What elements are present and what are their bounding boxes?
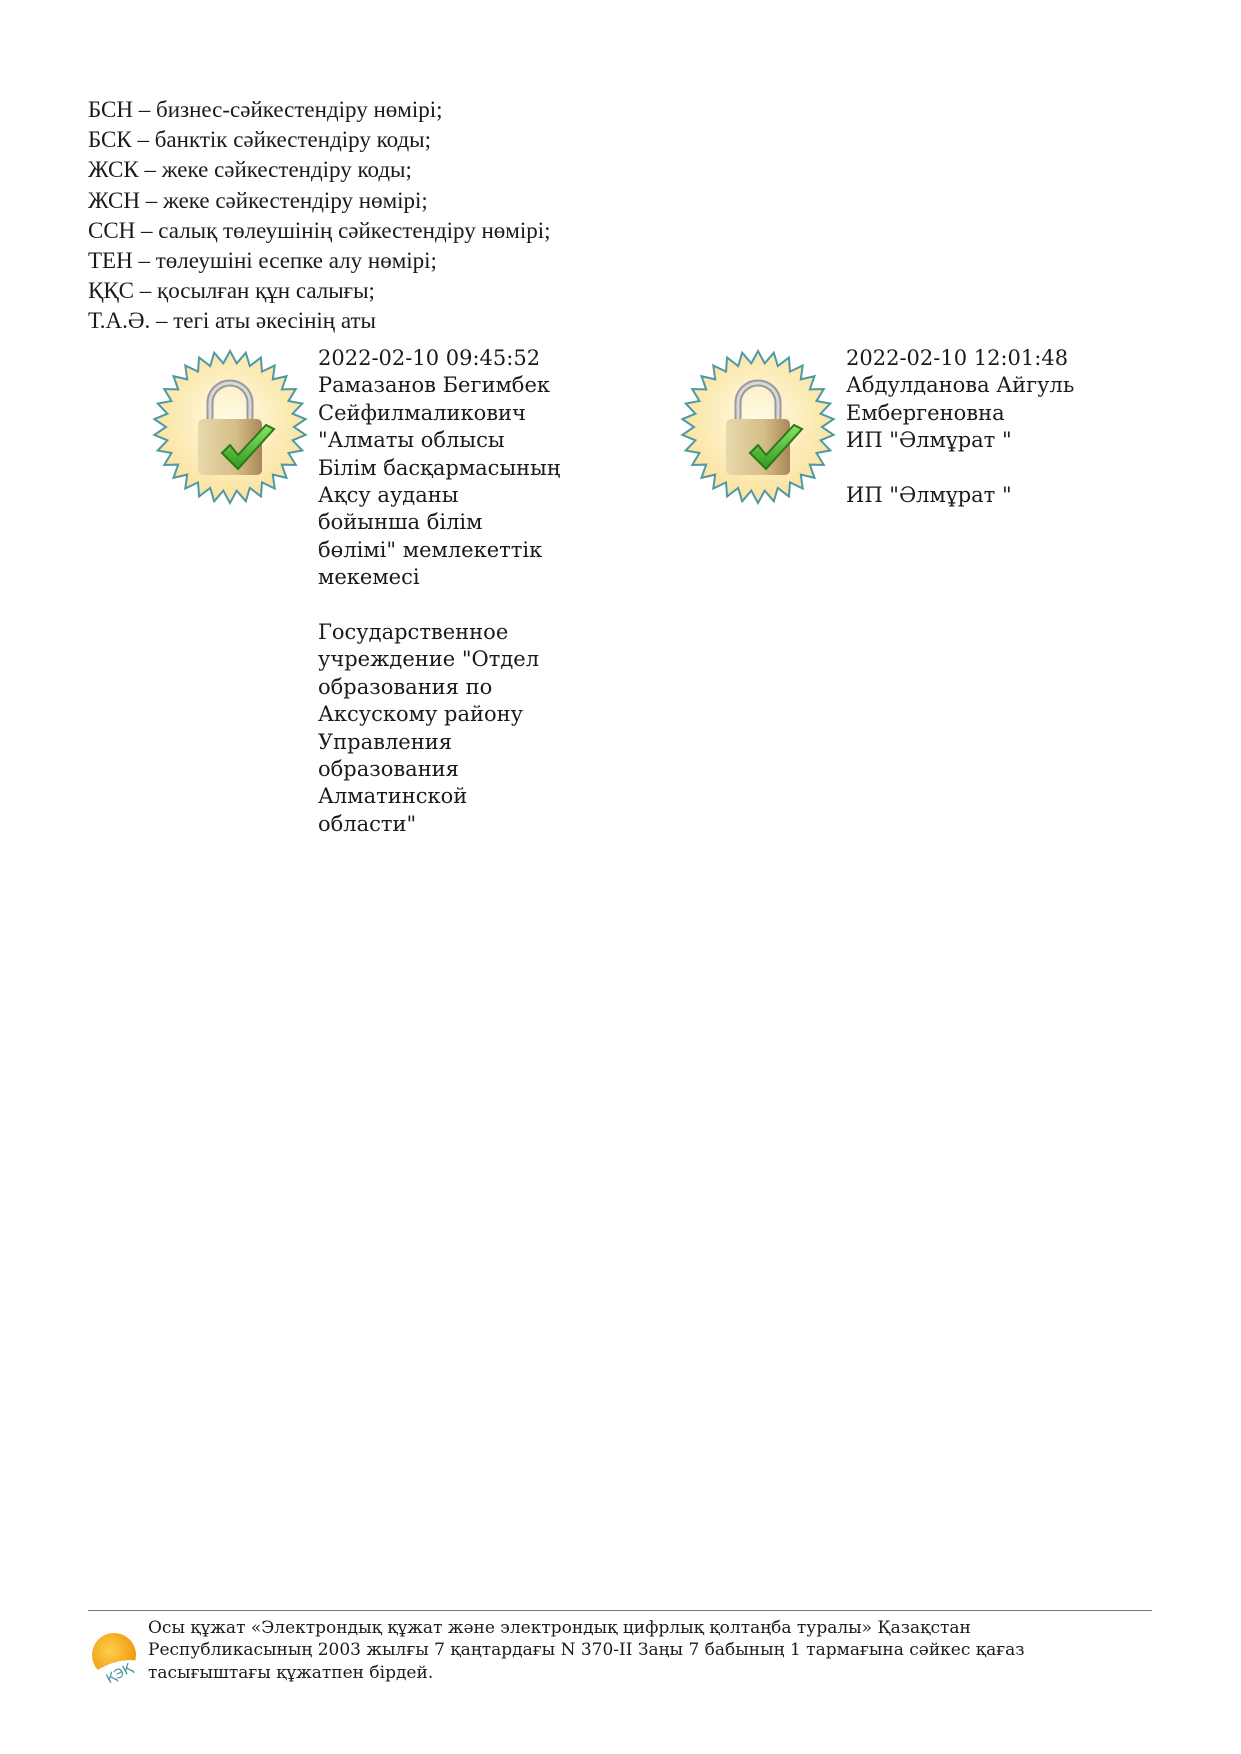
signature-timestamp: 2022-02-10 09:45:52 xyxy=(318,345,568,372)
signature-block-1: 2022-02-10 09:45:52 Рамазанов Бегимбек С… xyxy=(150,345,568,838)
signer-organization-ru: области" xyxy=(318,811,568,838)
signer-organization-ru: образования xyxy=(318,756,568,783)
blank-line xyxy=(318,592,568,619)
signer-organization: Ақсу ауданы xyxy=(318,482,568,509)
signer-organization: мекемесі xyxy=(318,564,568,591)
signer-organization: "Алматы облысы xyxy=(318,427,568,454)
signer-organization-ru: Управления xyxy=(318,729,568,756)
signer-organization-ru: Аксускому району xyxy=(318,701,568,728)
footer-line: тасығыштағы құжатпен бірдей. xyxy=(148,1662,1025,1684)
abbreviation-item: БСН – бизнес-сәйкестендіру нөмірі; xyxy=(88,95,551,125)
verified-seal-lock-check-icon xyxy=(678,345,838,510)
signer-name: Сейфилмаликович xyxy=(318,400,568,427)
abbreviation-item: ЖСН – жеке сәйкестендіру нөмірі; xyxy=(88,186,551,216)
footer-line: Республикасының 2003 жылғы 7 қаңтардағы … xyxy=(148,1639,1025,1661)
blank-line xyxy=(846,455,1096,482)
signature-details: 2022-02-10 09:45:52 Рамазанов Бегимбек С… xyxy=(318,345,568,838)
egov-sun-logo-icon: ҚЭҚ xyxy=(90,1631,142,1683)
signature-details: 2022-02-10 12:01:48 Абдулданова Айгуль Е… xyxy=(846,345,1096,510)
signer-name: Ембергеновна xyxy=(846,400,1096,427)
abbreviation-item: ҚҚС – қосылған құн салығы; xyxy=(88,276,551,306)
signer-organization: бөлімі" мемлекеттік xyxy=(318,537,568,564)
signer-organization: Білім басқармасының xyxy=(318,455,568,482)
signer-name: Рамазанов Бегимбек xyxy=(318,372,568,399)
footer-divider xyxy=(88,1610,1152,1611)
signer-organization-ru: образования по xyxy=(318,674,568,701)
footer-line: Осы құжат «Электрондық құжат және электр… xyxy=(148,1617,1025,1639)
signature-timestamp: 2022-02-10 12:01:48 xyxy=(846,345,1096,372)
signer-organization: ИП "Әлмұрат " xyxy=(846,427,1096,454)
signer-organization-ru: Алматинской xyxy=(318,783,568,810)
footer: ҚЭҚ Осы құжат «Электрондық құжат және эл… xyxy=(90,1617,1025,1684)
abbreviation-item: ССН – салық төлеушінің сәйкестендіру нөм… xyxy=(88,216,551,246)
abbreviation-list: БСН – бизнес-сәйкестендіру нөмірі; БСК –… xyxy=(88,95,551,337)
signer-organization: бойынша білім xyxy=(318,509,568,536)
verified-seal-lock-check-icon xyxy=(150,345,310,510)
abbreviation-item: БСК – банктік сәйкестендіру коды; xyxy=(88,125,551,155)
signer-name: Абдулданова Айгуль xyxy=(846,372,1096,399)
signer-organization-ru: ИП "Әлмұрат " xyxy=(846,482,1096,509)
abbreviation-item: Т.А.Ә. – тегі аты әкесінің аты xyxy=(88,306,551,336)
footer-legal-notice: Осы құжат «Электрондық құжат және электр… xyxy=(148,1617,1025,1684)
abbreviation-item: ТЕН – төлеушіні есепке алу нөмірі; xyxy=(88,246,551,276)
abbreviation-item: ЖСК – жеке сәйкестендіру коды; xyxy=(88,155,551,185)
signer-organization-ru: учреждение "Отдел xyxy=(318,646,568,673)
signature-block-2: 2022-02-10 12:01:48 Абдулданова Айгуль Е… xyxy=(678,345,1096,510)
signer-organization-ru: Государственное xyxy=(318,619,568,646)
